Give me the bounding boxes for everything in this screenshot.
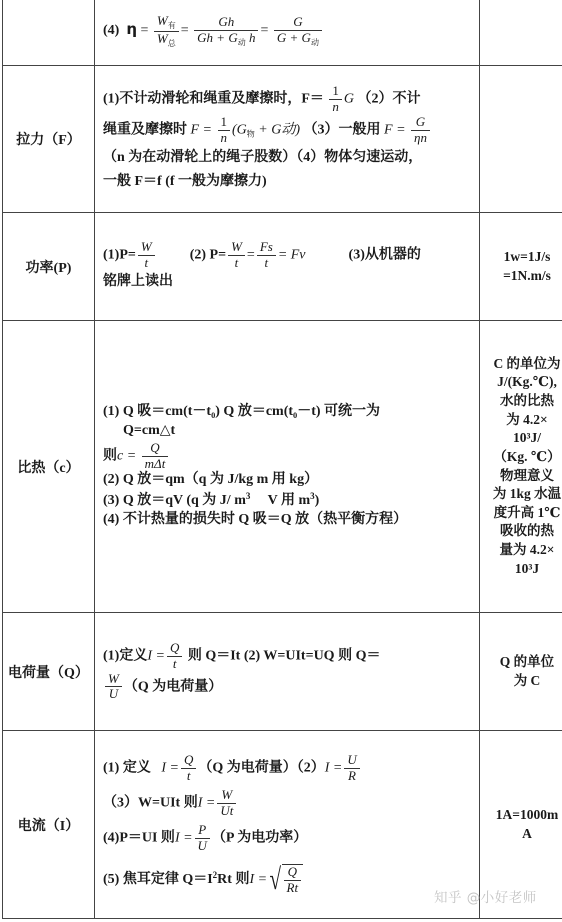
table-row-charge: 电荷量（Q） (1)定义I =Qt 则 Q＝It (2) W=UIt=UQ 则 … [3, 613, 562, 731]
quantity-label: 比热（c） [17, 461, 79, 476]
quantity-label: 拉力（F） [16, 133, 81, 148]
quantity-cell [3, 0, 95, 66]
square-root: √QRt [267, 864, 303, 896]
formula-cell: (4) η = W有 W总 = Gh Gh + G动 h = G G + G动 [95, 0, 480, 66]
note-cell [480, 0, 562, 66]
formula-cell: (1)定义I =Qt 则 Q＝It (2) W=UIt=UQ 则 Q＝ WU（Q… [95, 613, 480, 731]
formula-cell: (1)不计动滑轮和绳重及摩擦时，F＝ 1nG （2）不计 绳重及摩擦时 F = … [95, 66, 480, 213]
note-line: 1w=1J/s [480, 248, 562, 267]
formula-cell: (1) 定义 I =Qt（Q 为电荷量）（2）I =UR （3）W=UIt 则I… [95, 731, 480, 919]
watermark: 知乎 @小好老师 [434, 886, 537, 906]
note-cell: 1w=1J/s =1N.m/s [480, 213, 562, 321]
eta-symbol: η [126, 20, 137, 38]
quantity-label: 电流（I） [18, 819, 79, 834]
note-cell: Q 的单位 为 C [480, 613, 562, 731]
table-row-pulling-force: 拉力（F） (1)不计动滑轮和绳重及摩擦时，F＝ 1nG （2）不计 绳重及摩擦… [3, 66, 562, 213]
quantity-cell: 电流（I） [3, 731, 95, 919]
physics-formula-table: (4) η = W有 W总 = Gh Gh + G动 h = G G + G动 … [2, 0, 562, 919]
quantity-cell: 功率(P) [3, 213, 95, 321]
quantity-label: 功率(P) [26, 261, 72, 276]
formula-cell: (1) Q 吸＝cm(t－t₀) Q 放＝cm(t₀－t) 可统一为 Q=cm△… [95, 321, 480, 613]
fraction-g: G G + G动 [274, 15, 322, 47]
item-label: (4) [103, 23, 119, 38]
note-cell [480, 66, 562, 213]
formula-cell: (1)P=Wt (2) P=Wt=Fst= Fv (3)从机器的 铭牌上读出 [95, 213, 480, 321]
note-cell: C 的单位为 J/(Kg.℃), 水的比热 为 4.2× 10³J/ （Kg. … [480, 321, 562, 613]
table-row-power: 功率(P) (1)P=Wt (2) P=Wt=Fst= Fv (3)从机器的 铭… [3, 213, 562, 321]
quantity-cell: 电荷量（Q） [3, 613, 95, 731]
table-row-specific-heat: 比热（c） (1) Q 吸＝cm(t－t₀) Q 放＝cm(t₀－t) 可统一为… [3, 321, 562, 613]
table-row-efficiency: (4) η = W有 W总 = Gh Gh + G动 h = G G + G动 [3, 0, 562, 66]
quantity-cell: 拉力（F） [3, 66, 95, 213]
fraction-gh: Gh Gh + G动 h [194, 15, 258, 47]
quantity-label: 电荷量（Q） [8, 666, 89, 681]
note-line: =1N.m/s [480, 267, 562, 286]
fraction-w-ratio: W有 W总 [154, 14, 179, 47]
quantity-cell: 比热（c） [3, 321, 95, 613]
